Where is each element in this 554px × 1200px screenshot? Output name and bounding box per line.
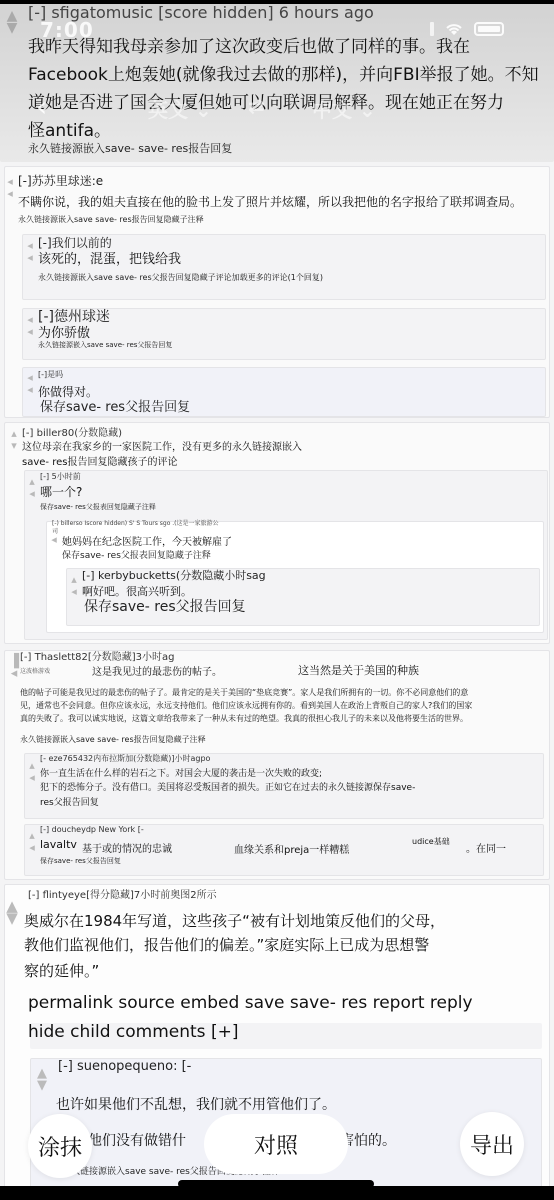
- vote-arrows[interactable]: ◂◂: [4, 176, 16, 200]
- comment-body-line: 教他们监视他们，报告他们的偏差。”家庭实际上已成为思想警: [24, 934, 429, 955]
- comment-fragment: 血缘关系和preja一样糟糕: [234, 841, 349, 856]
- vote-arrows[interactable]: ▲▼: [6, 10, 18, 34]
- comment-action-links[interactable]: 保存save- res父报告回复: [40, 396, 190, 415]
- source-language-select[interactable]: 英文 ⌄: [148, 94, 212, 123]
- vote-arrows[interactable]: ▐◂: [8, 656, 20, 680]
- comment-meta: [-] kerbybucketts(分数隐藏小时sag: [82, 567, 266, 583]
- comment-fragment: 基于或的情况的忠诚: [82, 840, 172, 855]
- comment-body-line: 也许如果他们不乱想，我们就不用管他们了。: [56, 1094, 336, 1114]
- comment-body-line: 我昨天得知我母亲参加了这次政变后也做了同样的事。我在: [28, 32, 470, 57]
- comment-action-links[interactable]: 保存save- res父报告回复: [84, 596, 246, 616]
- downvote-icon[interactable]: ◂: [48, 534, 60, 546]
- downvote-icon[interactable]: ▼: [6, 912, 18, 924]
- comment-body-line: 见，通常也不会同意。但你应该永远，永远支持他们。他们应该永远拥有你的。看到美国人…: [20, 700, 472, 711]
- downvote-icon[interactable]: ◂: [26, 488, 38, 500]
- comment-meta: [-]是吗: [38, 369, 63, 380]
- export-button[interactable]: 导出: [460, 1112, 524, 1176]
- comment-meta: [-] 5小时前: [40, 471, 81, 482]
- hide-child-comments-link[interactable]: hide child comments [+]: [28, 1022, 238, 1042]
- comment-action-links[interactable]: 保存save- res父报表回复隐藏子注释: [40, 502, 156, 512]
- comment-body-line: 真的失败了。我可以诚实地说，这篇文章给我带来了一种从未有过的绝望。我真的很担心我…: [20, 713, 468, 724]
- downvote-icon[interactable]: ▾: [8, 440, 20, 452]
- comment-action-links[interactable]: 永久链接源嵌入save save- res报告回复隐藏子注释: [20, 734, 206, 745]
- downvote-icon[interactable]: ◂: [26, 772, 38, 784]
- comment-body-line: res父报告回复: [40, 795, 99, 808]
- comment-meta: [-]苏苏里球迷:e: [18, 172, 103, 189]
- vote-arrows[interactable]: ▴◂: [26, 476, 38, 500]
- downvote-icon[interactable]: ▼: [6, 22, 18, 34]
- downvote-icon[interactable]: ◂: [24, 384, 36, 396]
- downvote-icon[interactable]: ◂: [24, 326, 36, 338]
- downvote-icon[interactable]: ◂: [68, 586, 80, 598]
- comment-meta: [-] doucheydp New York [-: [40, 825, 144, 834]
- compare-button[interactable]: 对照: [204, 1114, 348, 1174]
- comment-body-line: 他的帖子可能是我见过的最悲伤的帖子了。最肯定的是关于美国的“垫底竞赛”。家人是我…: [20, 687, 468, 698]
- wifi-icon: [444, 22, 464, 36]
- back-chevron-icon[interactable]: ‹: [36, 90, 47, 123]
- comment-body: 该死的，混蛋，把钱给我: [38, 248, 181, 267]
- vote-arrows[interactable]: ◂◂: [24, 372, 36, 396]
- comment-headline-right: 这当然是关于美国的种族: [298, 662, 419, 678]
- smear-button[interactable]: 涂抹: [28, 1114, 92, 1178]
- comment-meta: [-] Thaslett82[分数隐藏]3小时ag: [20, 648, 175, 663]
- comment-body-line: save- res报告回复隐藏孩子的评论: [22, 453, 177, 468]
- vote-arrows[interactable]: ▲▼: [6, 900, 18, 924]
- swap-language-icon[interactable]: ⇄: [248, 94, 265, 118]
- vote-arrows[interactable]: ◂: [48, 534, 60, 546]
- comment-fragment: 。在同一: [466, 840, 506, 855]
- battery-icon: [474, 22, 504, 36]
- vote-arrows[interactable]: ◂◂: [24, 240, 36, 264]
- comment-action-links[interactable]: 保存save- res父报告回复: [40, 856, 121, 866]
- comment-action-links[interactable]: 保存save- res父报表回复隐藏子注释: [62, 548, 211, 561]
- vote-arrows[interactable]: ▴◂: [68, 574, 80, 598]
- comment-body-line: Facebook上炮轰她(就像我过去做的那样)，并向FBI举报了她。不知: [28, 60, 539, 85]
- comment-body: 不瞒你说，我的姐夫直接在他的脸书上发了照片并炫耀，所以我把他的名字报给了联邦调查…: [18, 193, 522, 210]
- comment-action-links[interactable]: 永久链接源嵌入save save- res报告回复隐藏子注释: [18, 214, 204, 225]
- vote-arrows[interactable]: ▴◂: [26, 830, 38, 854]
- comment-body-line: 察的延伸。”: [24, 960, 99, 981]
- comment-meta: [-] biller80(分数隐藏): [22, 424, 122, 439]
- comment-meta: [-) billerso Iscore hidden) S' S Tours s…: [52, 518, 219, 527]
- status-icons: [430, 22, 504, 36]
- top-edge: [0, 0, 554, 4]
- downvote-icon[interactable]: ▼: [36, 1080, 48, 1092]
- vote-arrows[interactable]: ▲▼: [36, 1068, 48, 1092]
- comment-action-links[interactable]: 永久链接源嵌入save save- res父报告回复: [38, 340, 172, 350]
- comment-fragment: udice基础: [412, 836, 450, 847]
- comment-action-links[interactable]: 永久链接源嵌入save save- res父报告回复隐藏子评论加载更多的评论(1…: [38, 272, 323, 283]
- comment-action-links[interactable]: 永久链接源嵌入save- save- res报告回复: [28, 140, 232, 156]
- comment-body-line: 这位母亲在我家乡的一家医院工作，没有更多的永久链接源嵌入: [22, 438, 302, 453]
- downvote-icon[interactable]: ◂: [8, 668, 20, 680]
- bottom-edge: [0, 1186, 554, 1200]
- vote-arrows[interactable]: ▴▾: [8, 428, 20, 452]
- comment-sub-meta: 这波格游戏: [20, 666, 50, 675]
- comment-headline-left: 这是我见过的最悲伤的帖子。: [92, 663, 222, 678]
- comment-body: 哪一个?: [40, 483, 82, 500]
- comment-fragment: lavaltv: [40, 838, 77, 851]
- comment-body: 为你骄傲: [38, 322, 90, 341]
- comment-meta: [-] suenopequeno: [-: [58, 1059, 191, 1074]
- downvote-icon[interactable]: ◂: [24, 252, 36, 264]
- vote-arrows[interactable]: ▴◂: [26, 760, 38, 784]
- screen: ▲▼ [-] sfigatomusic [score hidden] 6 hou…: [0, 0, 554, 1200]
- comment-meta: [-] flintyeye[得分隐藏]7小时前奥图2所示: [28, 886, 217, 901]
- comment-action-links[interactable]: permalink source embed save save- res re…: [28, 993, 473, 1013]
- signal-icon: [430, 22, 434, 36]
- comment-body-line: 你一直生活在什么样的岩石之下。对国会大厦的袭击是一次失败的政变;: [40, 766, 322, 779]
- downvote-icon[interactable]: ◂: [26, 842, 38, 854]
- downvote-icon[interactable]: ◂: [4, 188, 16, 200]
- comment-body-line: 犯下的恐怖分子。没有借口。美国将忍受叛国者的损失。正如它在过去的永久链接源保存s…: [40, 780, 415, 793]
- comment-body-line: 道她是否进了国会大厦但她可以向联调局解释。现在她正在努力: [28, 88, 504, 113]
- vote-arrows[interactable]: ◂◂: [24, 314, 36, 338]
- comment-body-fragment: 他们没有做错什: [88, 1130, 186, 1150]
- comment-body: 她妈妈在纪念医院工作，今天被解雇了: [62, 533, 232, 548]
- comment-meta: [- eze765432内布拉斯加(分数隐藏)]小时agpo: [40, 753, 210, 764]
- status-time: 7:00: [40, 18, 94, 42]
- comment-body-line: 奥威尔在1984年写道，这些孩子“被有计划地策反他们的父母，: [24, 910, 445, 931]
- target-language-select[interactable]: 中文 ⌄: [312, 94, 376, 123]
